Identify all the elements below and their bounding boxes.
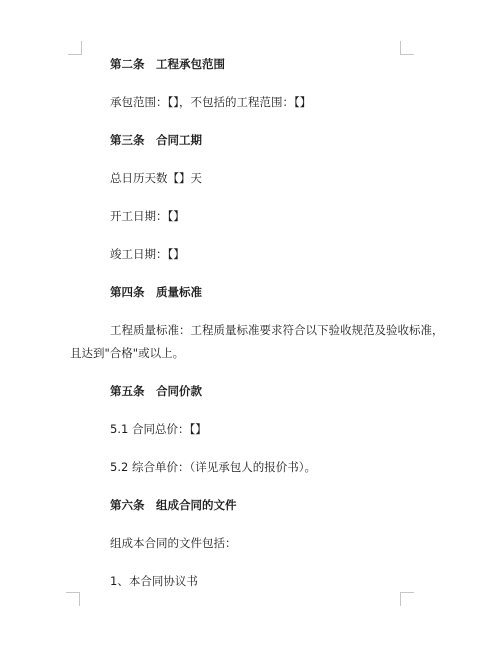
- section3-total-days-paragraph: 总日历天数【】天: [70, 167, 470, 190]
- section2-scope-paragraph: 承包范围：【】，不包括的工程范围：【】: [70, 91, 470, 114]
- section6-intro-paragraph: 组成本合同的文件包括：: [70, 532, 470, 555]
- section6-heading: 第六条 组成合同的文件: [70, 494, 470, 517]
- section5-heading: 第五条 合同价款: [70, 380, 470, 403]
- section6-item-1-paragraph: 1、本合同协议书: [70, 570, 470, 593]
- section3-start-date-paragraph: 开工日期：【】: [70, 205, 470, 228]
- section5-clause-5-2-paragraph: 5.2 综合单价：（详见承包人的报价书）。: [70, 456, 470, 479]
- document-page: 第二条 工程承包范围 承包范围：【】，不包括的工程范围：【】 第三条 合同工期 …: [0, 0, 484, 646]
- quality-standard-line-1: 工程质量标准：工程质量标准要求符合以下验收规范及验收标准，: [110, 323, 444, 337]
- section4-quality-paragraph: 工程质量标准：工程质量标准要求符合以下验收规范及验收标准，且达到"合格"或以上。: [70, 319, 470, 365]
- quality-standard-line-2: 且达到"合格"或以上。: [70, 346, 184, 360]
- section3-heading: 第三条 合同工期: [70, 129, 470, 152]
- section4-heading: 第四条 质量标准: [70, 281, 470, 304]
- section2-heading: 第二条 工程承包范围: [70, 53, 470, 76]
- document-content: 第二条 工程承包范围 承包范围：【】，不包括的工程范围：【】 第三条 合同工期 …: [70, 53, 470, 608]
- section5-clause-5-1-paragraph: 5.1 合同总价：【】: [70, 418, 470, 441]
- section3-completion-date-paragraph: 竣工日期：【】: [70, 243, 470, 266]
